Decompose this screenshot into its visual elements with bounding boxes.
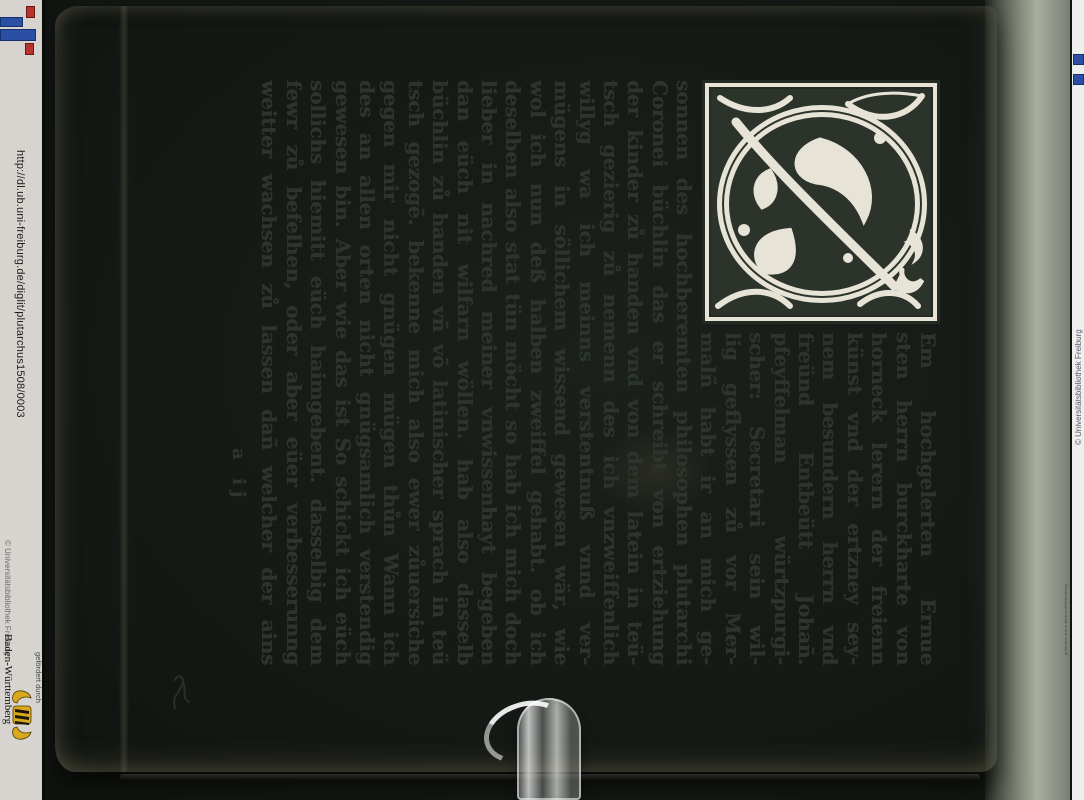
- info-strip-left: http://dl.ub.uni-freiburg.de/diglit/plut…: [0, 0, 45, 800]
- scan-viewport: Em hochgelerten Ernue sten herrn burckha…: [0, 0, 1084, 800]
- text-line: sollichs hiemitt eüch haimgebent. dassel…: [306, 80, 330, 665]
- text-line: lieber in nachred meiner vnwissenhayt be…: [477, 80, 501, 665]
- funding-region: Baden-Württemberg: [2, 634, 14, 724]
- text-line: pfeyffelman würtzpurgi-: [769, 332, 793, 665]
- quire-signature: a ij: [228, 448, 249, 665]
- book-photo: Em hochgelerten Ernue sten herrn burckha…: [45, 0, 1072, 800]
- logo-square-top: [26, 6, 35, 18]
- rotated-text-area: Em hochgelerten Ernue sten herrn burckha…: [240, 80, 940, 665]
- text-line: nem besundern herrn vnd: [818, 332, 842, 665]
- funding-label: gefördert durch: [34, 652, 43, 703]
- text-line: sten herrn burckharte von: [891, 332, 915, 665]
- text-line: dan eüch nit wilfarn wöllen. hab also da…: [452, 80, 476, 665]
- copyright-right: © Universitätsbibliothek Freiburg: [1074, 329, 1083, 445]
- text-line: scher: Secretari sein wil-: [745, 332, 769, 665]
- logo-fragment-top: [1073, 54, 1084, 65]
- logo-bar-long: [0, 29, 36, 41]
- text-line: horneck lerern der freienn: [867, 332, 891, 665]
- text-line: gewesen bin. Aber wie das ist So schickt…: [330, 80, 354, 665]
- text-line: mügens in söllichem wissend gewesen wär,…: [550, 80, 574, 665]
- text-line: Coronei büchlin das er schreibt von ertz…: [647, 80, 671, 665]
- text-line: sonnen des hochberemten philosophen plut…: [672, 80, 696, 665]
- logo-bar-short: [0, 17, 23, 27]
- text-block: Em hochgelerten Ernue sten herrn burckha…: [240, 80, 940, 665]
- text-line: tsch gezierig zů nemenn des ich vnzweiff…: [599, 80, 623, 665]
- book-page: Em hochgelerten Ernue sten herrn burckha…: [55, 6, 997, 772]
- text-line: gegen mir nicht gnügen mügen thůn Wann i…: [379, 80, 403, 665]
- glass-page-weight: [477, 698, 595, 800]
- fine-print-right: gefördert durch Baden-Württemberg: [1063, 584, 1068, 655]
- logo-square-bottom: [25, 43, 34, 55]
- text-line: malñ habt ir an mich ge-: [696, 332, 720, 665]
- page-crease: [119, 6, 129, 772]
- text-line: tsch gezogẽ. bekenne mich also ewer zůue…: [403, 80, 427, 665]
- text-line: freünd Entbeütt Johañ.: [794, 332, 818, 665]
- dedication-lines-full-width: sonnen des hochberemten philosophen plut…: [257, 80, 696, 665]
- text-line: künst vnd der ertzney sey-: [842, 332, 866, 665]
- text-line: willyg wa ich meinns verstentnuß vnnd ve…: [574, 80, 598, 665]
- scan-url: http://dl.ub.uni-freiburg.de/diglit/plut…: [14, 150, 26, 418]
- text-line: deselben also stat tün möcht so hab ich …: [501, 80, 525, 665]
- text-line: wol ich nun deß halben zweiffel gehabt. …: [525, 80, 549, 665]
- logo-fragment-bottom: [1073, 74, 1084, 85]
- text-line: Em hochgelerten Ernue: [916, 332, 940, 665]
- ink-mark: [167, 668, 197, 714]
- text-line: des an allen orten nicht gnügsamlich ver…: [355, 80, 379, 665]
- text-line: fewr zů befelhen, oder aber eüer verbess…: [281, 80, 305, 665]
- text-line: lig geflyssen zů vor Mer-: [720, 332, 744, 665]
- text-line: der kinder zů handen vnd von dem latein …: [623, 80, 647, 665]
- text-line: büchlin zů handen vñ võ latinischer spra…: [428, 80, 452, 665]
- text-line: weitter wachsen zů lassen dañ welcher de…: [257, 80, 281, 665]
- woodcut-initial: [702, 80, 940, 324]
